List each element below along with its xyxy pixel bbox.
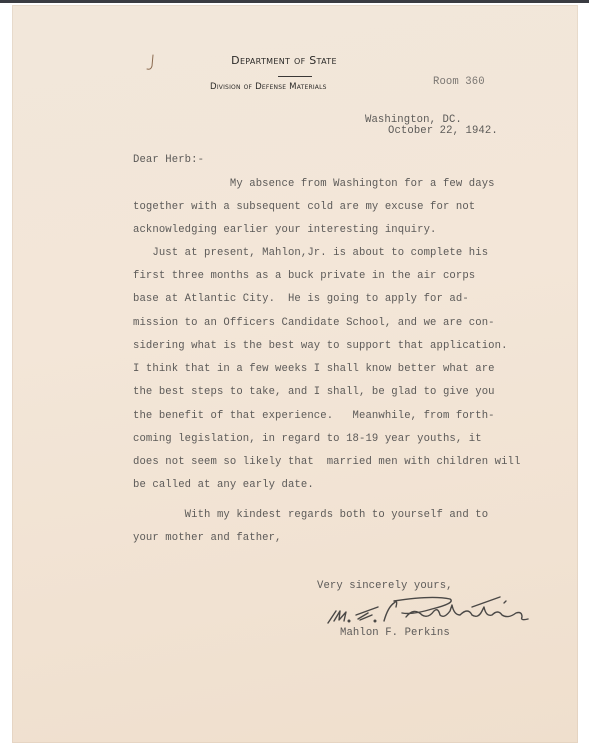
body-line: first three months as a buck private in … [133,270,475,282]
body-line: does not seem so likely that married men… [133,456,520,468]
letter-page: Department of State Division of Defense … [12,5,578,743]
letterhead-division: Division of Defense Materials [210,82,327,92]
body-line: your mother and father, [133,532,282,544]
department-name: Department of State [231,54,337,67]
body-line: coming legislation, in regard to 18-19 y… [133,433,482,445]
signer-name: Mahlon F. Perkins [340,627,450,639]
body-line: acknowledging earlier your interesting i… [133,224,437,236]
letterhead-divider [278,76,312,77]
body-line: With my kindest regards both to yourself… [133,509,488,521]
body-line: I think that in a few weeks I shall know… [133,363,495,375]
body-line: the benefit of that experience. Meanwhil… [133,410,495,422]
letterhead-department: Department of State [12,54,578,67]
body-line: base at Atlantic City. He is going to ap… [133,293,469,305]
room-number: Room 360 [433,76,485,88]
body-line: sidering what is the best way to support… [133,340,508,352]
body-line: be called at any early date. [133,479,314,491]
closing: Very sincerely yours, [317,580,453,592]
body-line: the best steps to take, and I shall, be … [133,386,495,398]
body-line: together with a subsequent cold are my e… [133,201,475,213]
salutation: Dear Herb:- [133,154,204,166]
dateline-date: October 22, 1942. [388,125,498,137]
body-line: Just at present, Mahlon,Jr. is about to … [133,247,488,259]
body-line: My absence from Washington for a few day… [133,178,495,190]
body-line: mission to an Officers Candidate School,… [133,317,495,329]
scan-top-edge [0,0,589,3]
